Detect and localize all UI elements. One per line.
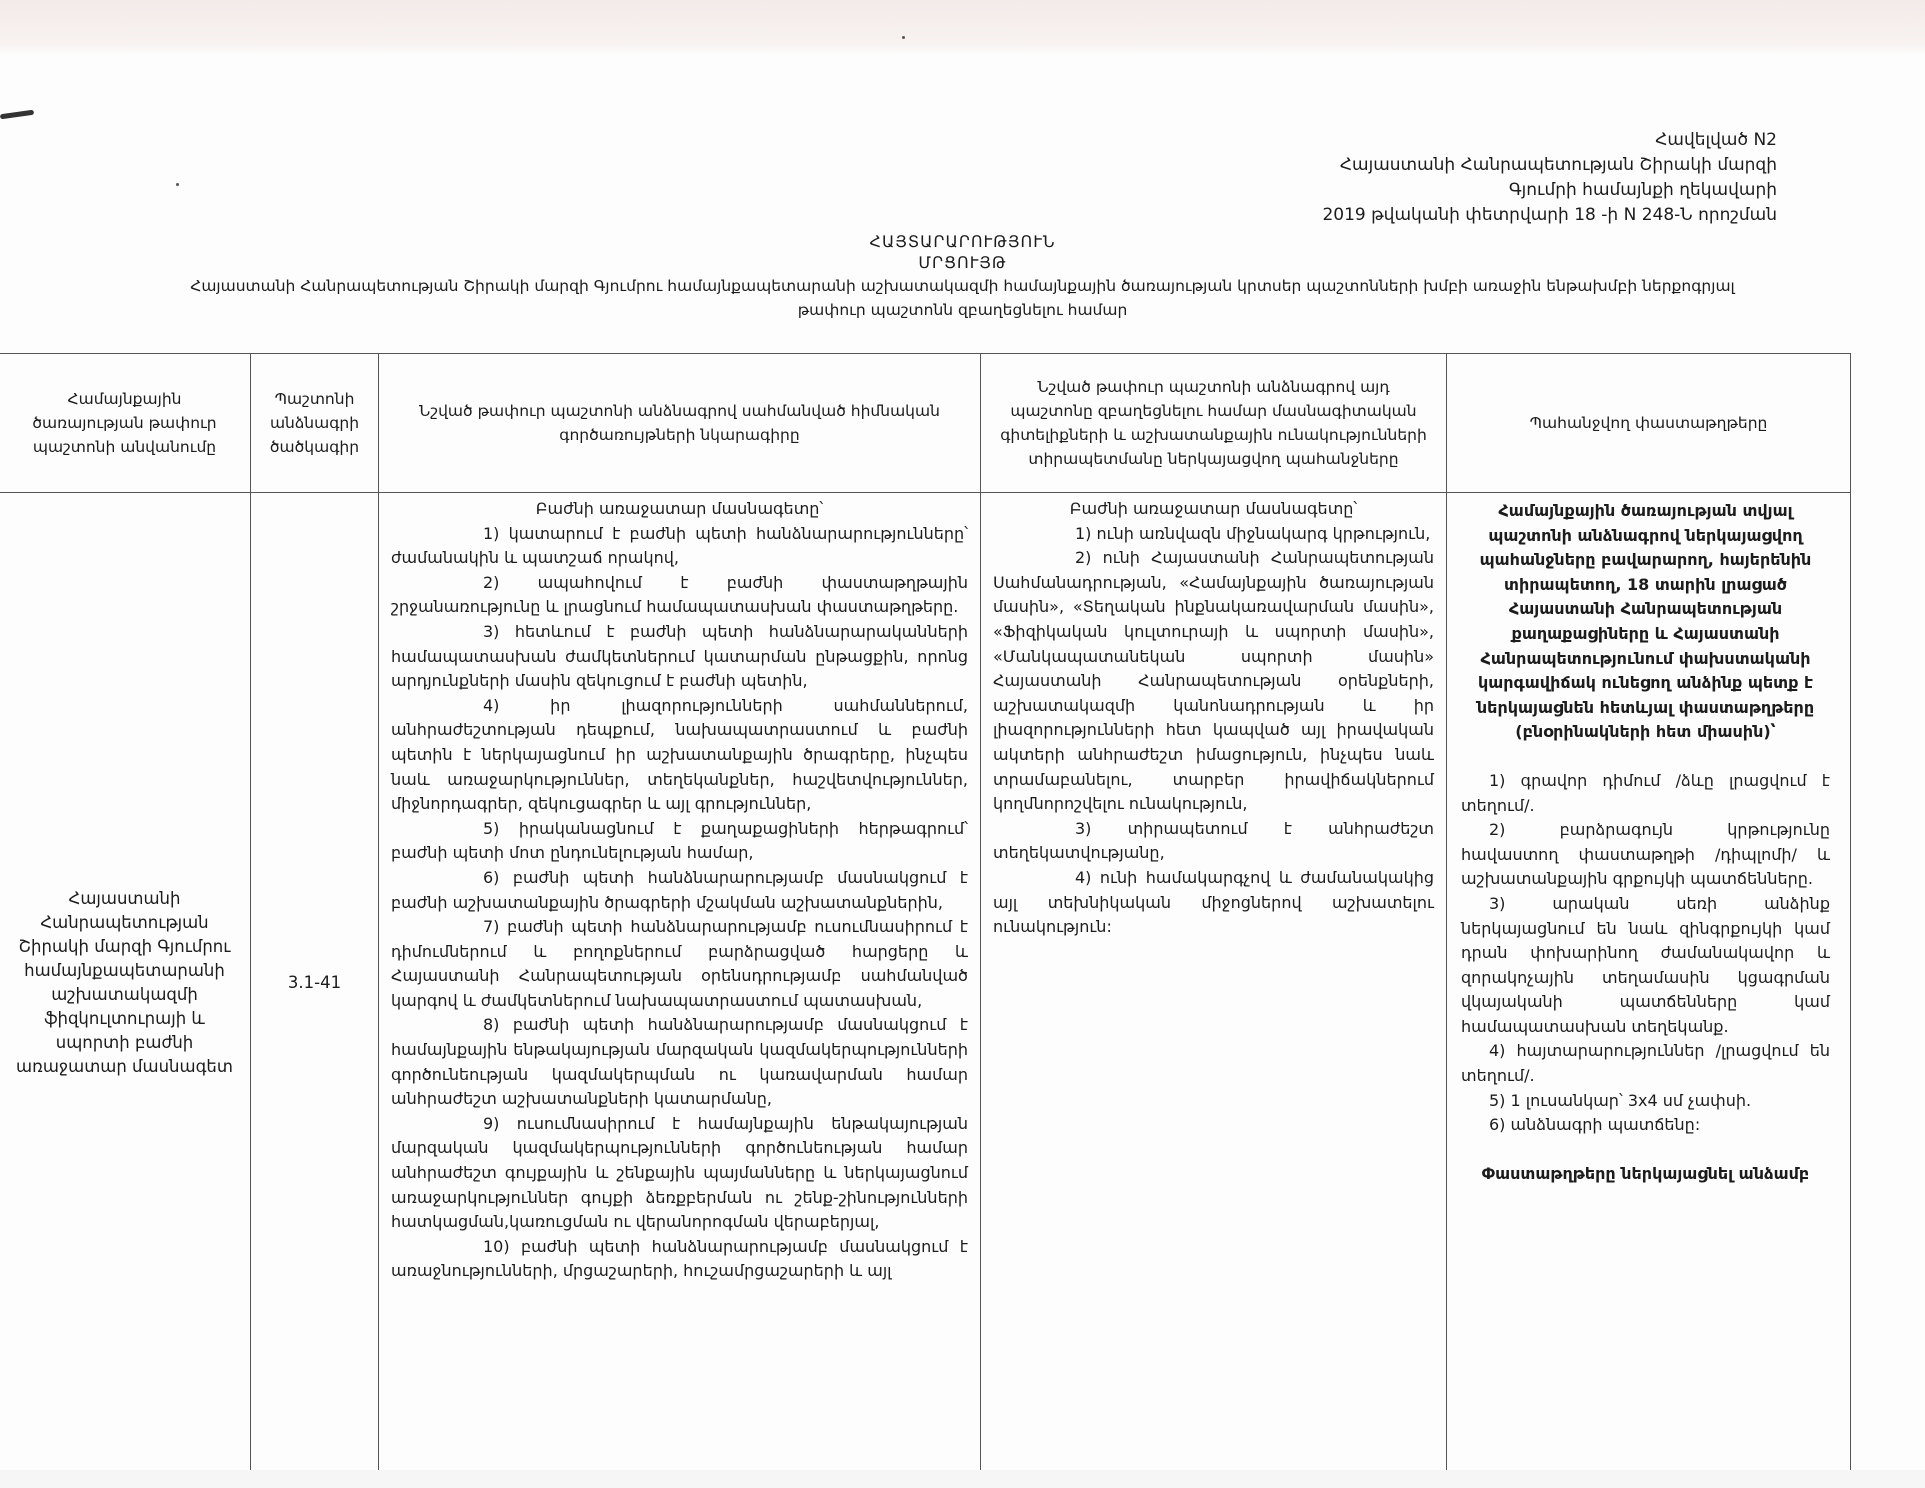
list-item: 5) իրականացնում է քաղաքացիների հերթագրու… [391, 817, 968, 866]
table-row: Հայաստանի Հանրապետության Շիրակի մարզի Գյ… [0, 493, 1851, 1473]
title-subtitle-2: թափուր պաշտոնն զբաղեցնելու համար [83, 298, 1843, 322]
requirements-list: 1) ունի առնվազն միջնակարգ կրթություն,2) … [993, 522, 1434, 940]
title-competition: ՄՐՑՈՒՅԹ [0, 253, 1925, 274]
list-item: 3) տիրապետում է անհրաժեշտ տեղեկատվության… [993, 817, 1434, 866]
annex-authority: Գյումրի համայնքի ղեկավարի [1322, 178, 1777, 203]
vacancy-table: Համայնքային ծառայության թափուր պաշտոնի ա… [0, 353, 1851, 1473]
header-documents: Պահանջվող փաստաթղթերը [1447, 354, 1851, 493]
document-title: ՀԱՅՏԱՐԱՐՈՒԹՅՈՒՆ ՄՐՑՈՒՅԹ Հայաստանի Հանրապ… [0, 232, 1925, 322]
list-item: 1) գրավոր դիմում /ձևը լրացվում է տեղում/… [1461, 769, 1830, 818]
title-announcement: ՀԱՅՏԱՐԱՐՈՒԹՅՈՒՆ [0, 232, 1925, 253]
documents-list: 1) գրավոր դիմում /ձևը լրացվում է տեղում/… [1461, 769, 1830, 1138]
list-item: 4) հայտարարություններ /լրացվում են տեղու… [1461, 1039, 1830, 1088]
documents-submission-note: Փաստաթղթերը ներկայացնել անձամբ [1461, 1162, 1830, 1187]
documents-intro: Համայնքային ծառայության տվյալ պաշտոնի ան… [1461, 499, 1830, 745]
annex-number: Հավելված N2 [1322, 128, 1777, 153]
list-item: 8) բաժնի պետի հանձնարարությամբ մասնակցու… [391, 1013, 968, 1111]
scan-speck [902, 36, 905, 39]
header-passport-code: Պաշտոնի անձնագրի ծածկագիր [251, 354, 379, 493]
list-item: 4) իր լիազորությունների սահմաններում, ան… [391, 694, 968, 817]
annex-decision: 2019 թվականի փետրվարի 18 -ի N 248-Ն որոշ… [1322, 203, 1777, 228]
pen-mark [0, 110, 34, 120]
functions-lead: Բաժնի առաջատար մասնագետը՝ [391, 497, 968, 522]
list-item: 5) 1 լուսանկար՝ 3x4 սմ չափսի. [1461, 1089, 1830, 1114]
documents-cell: Համայնքային ծառայության տվյալ պաշտոնի ան… [1447, 493, 1851, 1473]
title-subtitle-1: Հայաստանի Հանրապետության Շիրակի մարզի Գյ… [83, 274, 1843, 298]
list-item: 1) ունի առնվազն միջնակարգ կրթություն, [993, 522, 1434, 547]
list-item: 2) ապահովում է բաժնի փաստաթղթային շրջանա… [391, 571, 968, 620]
functions-cell: Բաժնի առաջատար մասնագետը՝ 1) կատարում է … [379, 493, 981, 1473]
list-item: 9) ուսումնասիրում է համայնքային ենթակայո… [391, 1112, 968, 1235]
list-item: 4) ունի համակարգչով և ժամանակակից այլ տե… [993, 866, 1434, 940]
list-item: 7) բաժնի պետի հանձնարարությամբ ուսումնաս… [391, 915, 968, 1013]
annex-header: Հավելված N2 Հայաստանի Հանրապետության Շիր… [1322, 128, 1777, 228]
header-functions: Նշված թափուր պաշտոնի անձնագրով սահմանված… [379, 354, 981, 493]
list-item: 2) ունի Հայաստանի Հանրապետության Սահմանա… [993, 546, 1434, 817]
list-item: 3) հետևում է բաժնի պետի հանձնարարականներ… [391, 620, 968, 694]
list-item: 6) բաժնի պետի հանձնարարությամբ մասնակցու… [391, 866, 968, 915]
passport-code: 3.1-41 [251, 493, 379, 1473]
list-item: 1) կատարում է բաժնի պետի հանձնարարությու… [391, 522, 968, 571]
position-name: Հայաստանի Հանրապետության Շիրակի մարզի Գյ… [0, 493, 251, 1473]
list-item: 3) արական սեռի անձինք ներկայացնում են նա… [1461, 892, 1830, 1040]
list-item: 6) անձնագրի պատճենը: [1461, 1113, 1830, 1138]
header-requirements: Նշված թափուր պաշտոնի անձնագրով այդ պաշտո… [981, 354, 1447, 493]
functions-list: 1) կատարում է բաժնի պետի հանձնարարությու… [391, 522, 968, 1284]
header-position-name: Համայնքային ծառայության թափուր պաշտոնի ա… [0, 354, 251, 493]
requirements-cell: Բաժնի առաջատար մասնագետը՝ 1) ունի առնվազ… [981, 493, 1447, 1473]
annex-region: Հայաստանի Հանրապետության Շիրակի մարզի [1322, 153, 1777, 178]
scan-edge-shading [0, 0, 1925, 55]
table-header-row: Համայնքային ծառայության թափուր պաշտոնի ա… [0, 354, 1851, 493]
scan-speck [176, 183, 179, 186]
scan-bottom-edge [0, 1470, 1925, 1488]
requirements-lead: Բաժնի առաջատար մասնագետը՝ [993, 497, 1434, 522]
list-item: 2) բարձրագույն կրթությունը հավաստող փաստ… [1461, 818, 1830, 892]
list-item: 10) բաժնի պետի հանձնարարությամբ մասնակցո… [391, 1235, 968, 1284]
